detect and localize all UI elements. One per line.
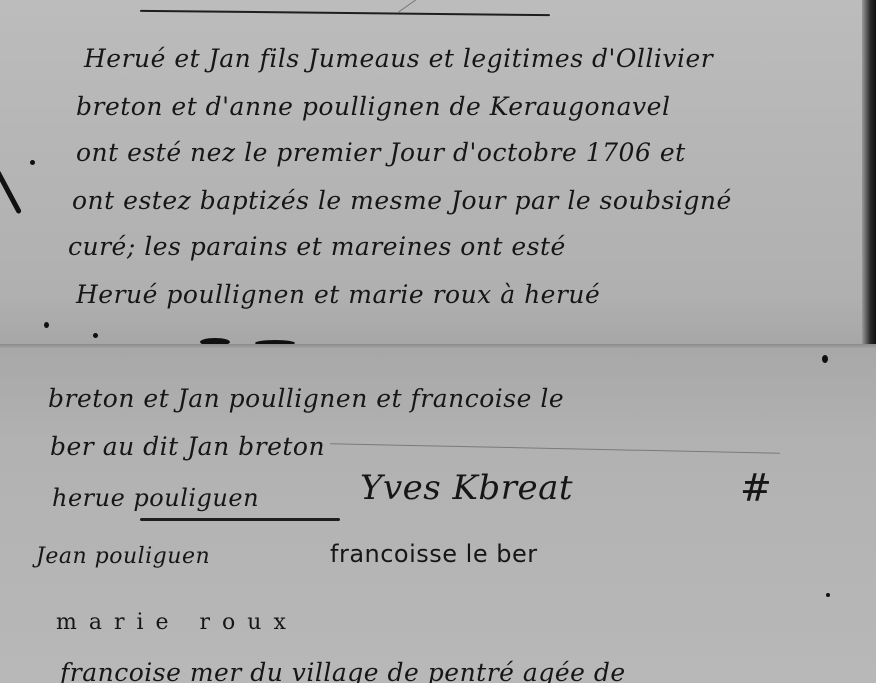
line-filler-stroke (330, 443, 780, 453)
record-line-6: Herué poullignen et marie roux à herué (76, 280, 600, 309)
signature-underline (140, 518, 340, 521)
closing-flourish (140, 10, 550, 16)
ink-dot (826, 593, 830, 597)
record-line-1: Herué et Jan fils Jumeaus et legitimes d… (84, 44, 713, 73)
signature-cross-marks: # (740, 466, 772, 510)
ink-dot (93, 333, 98, 338)
signature-yves-kbreat: Yves Kbreat (360, 468, 573, 508)
lower-page-fragment: breton et Jan poullignen et francoise le… (0, 348, 876, 683)
signature-herue-pouliguen: herue pouliguen (52, 484, 259, 512)
signature-francoisse-le-ber: francoisse le ber (330, 540, 538, 568)
record-line-5: curé; les parains et mareines ont esté (68, 232, 566, 261)
signature-jean-pouliguen: Jean pouliguen (36, 544, 210, 569)
record-line-4: ont estez baptizés le mesme Jour par le … (72, 186, 732, 215)
page-edge-shadow (862, 0, 876, 345)
ink-dot (30, 160, 35, 165)
record-line-next-partial: francoise mer du village de pentré agée … (60, 658, 626, 683)
flourish-stroke (398, 0, 431, 12)
signature-marie-roux: marie roux (56, 610, 298, 635)
record-line-7: breton et Jan poullignen et francoise le (48, 384, 564, 413)
ink-dot (44, 322, 49, 328)
ink-dot (822, 355, 828, 363)
record-line-8: ber au dit Jan breton (50, 432, 325, 461)
margin-bracket-mark (0, 170, 22, 215)
record-line-2: breton et d'anne poullignen de Keraugona… (76, 92, 670, 121)
upper-page-fragment: Herué et Jan fils Jumeaus et legitimes d… (0, 0, 876, 348)
record-line-3: ont esté nez le premier Jour d'octobre 1… (76, 138, 686, 167)
